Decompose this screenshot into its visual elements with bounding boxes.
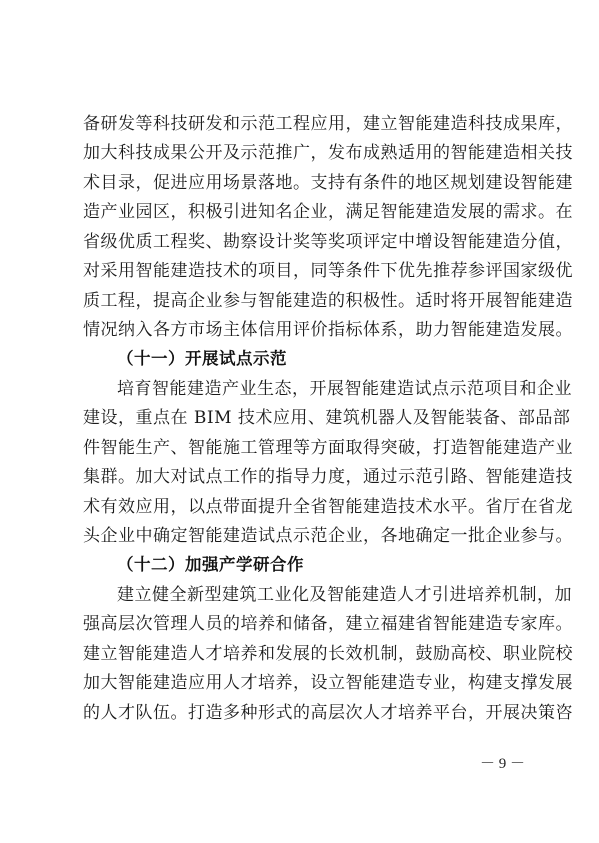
- section-heading-12: （十二）加强产学研合作: [117, 555, 304, 575]
- paragraph-line: 加大智能建造应用人才培养，设立智能建造专业，构建支撑发展: [83, 673, 523, 693]
- paragraph-line: 备研发等科技研发和示范工程应用，建立智能建造科技成果库，: [83, 114, 523, 134]
- paragraph-line: 集群。加大对试点工作的指导力度，通过示范引路、智能建造技: [83, 467, 523, 487]
- paragraph-line: 培育智能建造产业生态，开展智能建造试点示范项目和企业: [117, 379, 523, 399]
- paragraph-line: 强高层次管理人员的培养和储备，建立福建省智能建造专家库。: [83, 614, 523, 634]
- paragraph-line: 头企业中确定智能建造试点示范企业，各地确定一批企业参与。: [83, 526, 523, 546]
- page-number: － 9 －: [480, 752, 525, 773]
- paragraph-line: 术有效应用，以点带面提升全省智能建造技术水平。省厅在省龙: [83, 497, 523, 517]
- paragraph-line: 术目录，促进应用场景落地。支持有条件的地区规划建设智能建: [83, 173, 523, 193]
- paragraph-line: 建立智能建造人才培养和发展的长效机制，鼓励高校、职业院校: [83, 644, 523, 664]
- paragraph-line: 建设，重点在 BIM 技术应用、建筑机器人及智能装备、部品部: [83, 408, 523, 428]
- paragraph-line: 质工程，提高企业参与智能建造的积极性。适时将开展智能建造: [83, 291, 523, 311]
- paragraph-line: 建立健全新型建筑工业化及智能建造人才引进培养机制，加: [117, 585, 523, 605]
- paragraph-line: 情况纳入各方市场主体信用评价指标体系，助力智能建造发展。: [83, 320, 523, 340]
- paragraph-line: 造产业园区，积极引进知名企业，满足智能建造发展的需求。在: [83, 202, 523, 222]
- paragraph-line: 加大科技成果公开及示范推广，发布成熟适用的智能建造相关技: [83, 143, 523, 163]
- paragraph-line: 的人才队伍。打造多种形式的高层次人才培养平台，开展决策咨: [83, 703, 523, 723]
- document-page: 备研发等科技研发和示范工程应用，建立智能建造科技成果库， 加大科技成果公开及示范…: [0, 0, 599, 843]
- paragraph-line: 对采用智能建造技术的项目，同等条件下优先推荐参评国家级优: [83, 261, 523, 281]
- section-heading-11: （十一）开展试点示范: [117, 349, 287, 369]
- paragraph-line: 件智能生产、智能施工管理等方面取得突破，打造智能建造产业: [83, 438, 523, 458]
- paragraph-line: 省级优质工程奖、勘察设计奖等奖项评定中增设智能建造分值，: [83, 232, 523, 252]
